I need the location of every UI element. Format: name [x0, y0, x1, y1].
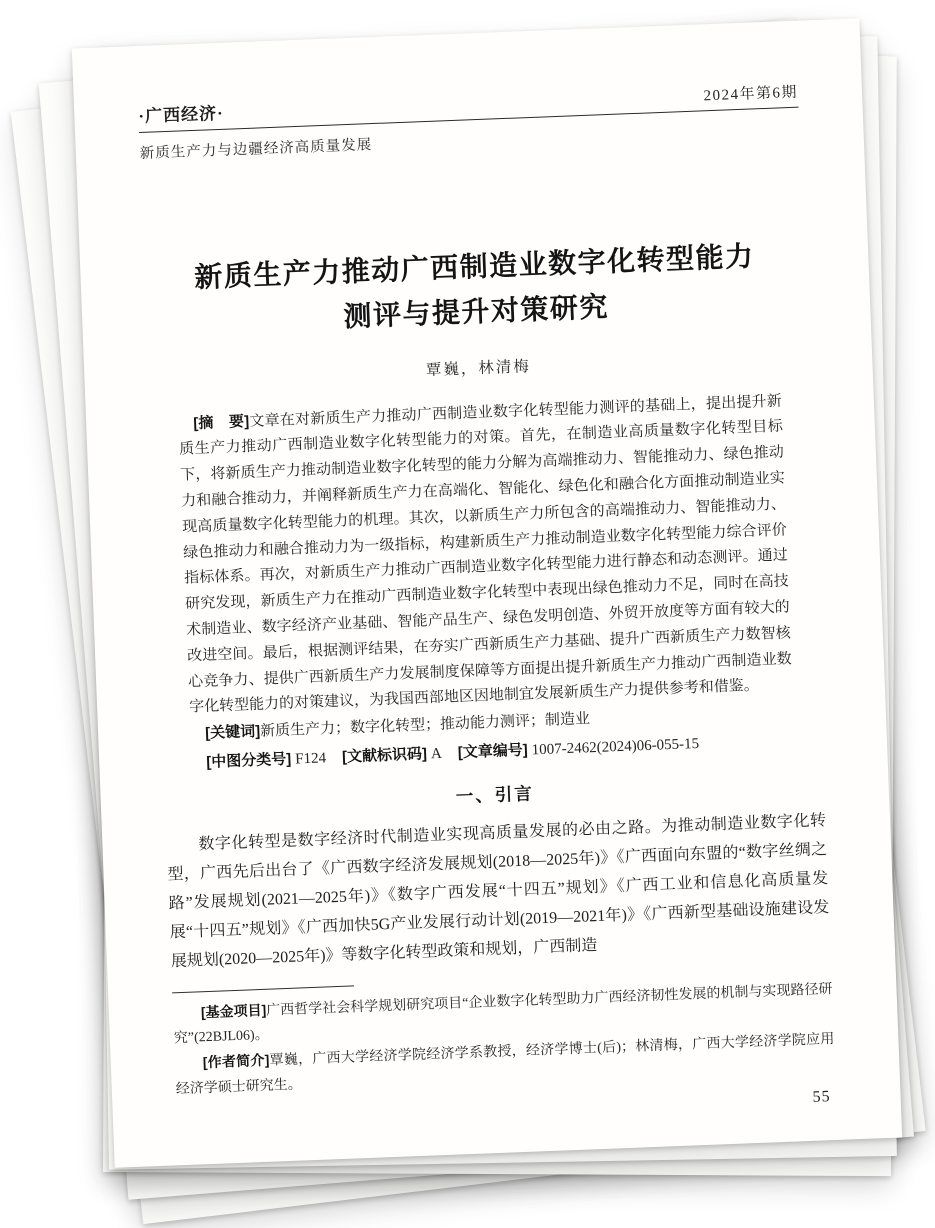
keywords-label: [关键词]	[205, 723, 261, 742]
footnote-area: [基金项目]广西哲学社会科学规划研究项目“企业数字化转型助力广西经济韧性发展的机…	[172, 967, 836, 1102]
journal-issue: 2024年第6期	[703, 81, 798, 106]
article-page: ·广西经济· 2024年第6期 新质生产力与边疆经济高质量发展 新质生产力推动广…	[72, 18, 902, 1167]
abstract-paragraph: [摘 要]文章在对新质生产力推动广西制造业数字化转型能力测评的基础上，提出提升新…	[178, 388, 793, 722]
clc-label: [中图分类号]	[206, 751, 292, 771]
article-no-label: [文章编号]	[457, 742, 528, 762]
doc-code-value: A	[431, 746, 442, 762]
intro-paragraph: 数字化转型是数字经济时代制造业实现高质量发展的必由之路。为推动制造业数字化转型，…	[166, 806, 831, 977]
doc-code-label: [文献标识码]	[342, 745, 428, 765]
paper-stack: ·广西经济· 2024年第6期 新质生产力与边疆经济高质量发展 新质生产力推动广…	[0, 0, 935, 1228]
article-frontmatter: [摘 要]文章在对新质生产力推动广西制造业数字化转型能力测评的基础上，提出提升新…	[178, 388, 796, 777]
article-authors: 覃巍，林清梅	[148, 343, 808, 390]
article-no-value: 1007-2462(2024)06-055-15	[531, 736, 699, 758]
footnote-divider	[172, 986, 354, 994]
abstract-label: [摘 要]	[193, 413, 250, 432]
author-bio-label: [作者简介]	[203, 1052, 270, 1071]
journal-column-name: ·广西经济·	[138, 99, 224, 127]
clc-value: F124	[295, 750, 326, 767]
fund-project-label: [基金项目]	[201, 1002, 267, 1020]
article-title: 新质生产力推动广西制造业数字化转型能力 测评与提升对策研究	[144, 234, 807, 349]
abstract-text: 文章在对新质生产力推动广西制造业数字化转型能力测评的基础上，提出提升新质生产力推…	[179, 393, 792, 716]
page-number: 55	[812, 1088, 831, 1107]
